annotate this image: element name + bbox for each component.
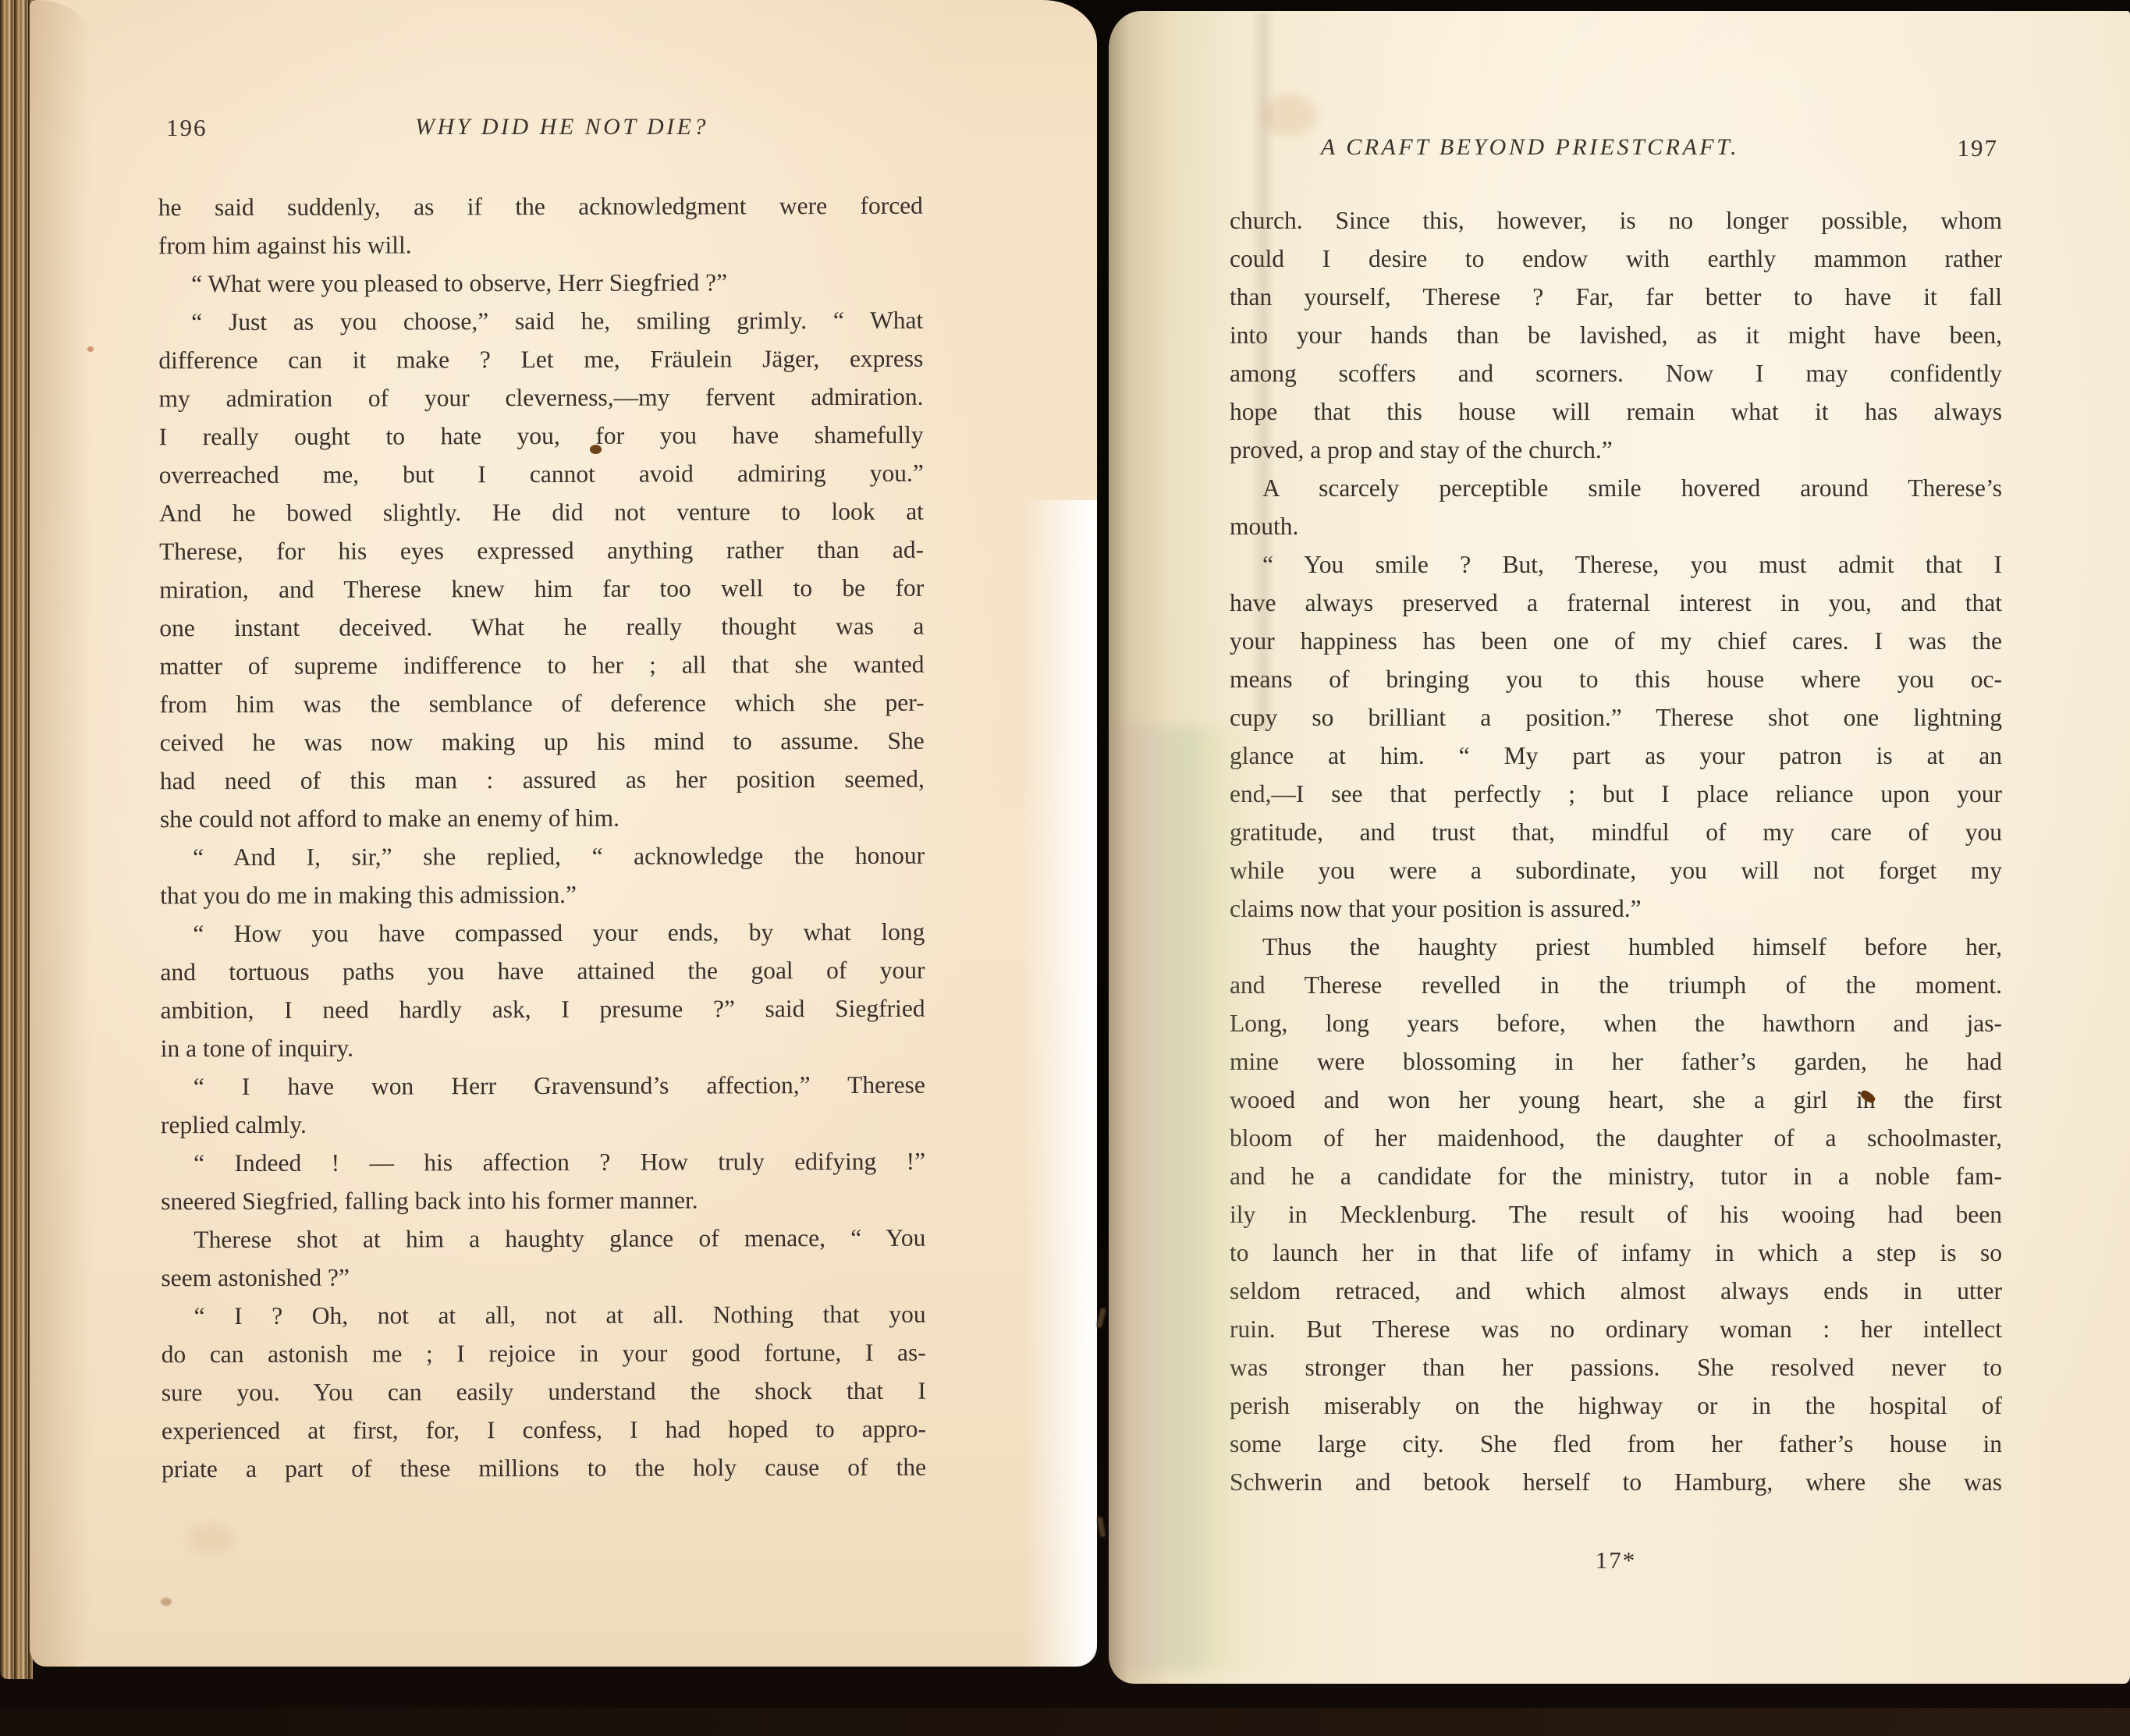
- text-line: some large city. She fled from her fathe…: [1230, 1425, 2002, 1463]
- text-line: proved, a prop and stay of the church.”: [1230, 431, 2002, 469]
- text-line: priate a part of these millions to the h…: [162, 1448, 926, 1489]
- text-line: sure you. You can easily understand the …: [162, 1372, 926, 1412]
- signature-mark: 17*: [1230, 1546, 2002, 1574]
- text-line: perish miserably on the highway or in th…: [1230, 1386, 2002, 1425]
- text-line: glance at him. “ My part as your patron …: [1230, 737, 2002, 775]
- text-line: Therese shot at him a haughty glance of …: [161, 1219, 925, 1259]
- text-line: “ I have won Herr Gravensund’s affection…: [161, 1066, 925, 1106]
- right-running-head: A CRAFT BEYOND PRIESTCRAFT. 197: [1230, 134, 1998, 169]
- text-line: I really ought to hate you, for you have…: [159, 416, 924, 456]
- text-line: and he a candidate for the ministry, tut…: [1230, 1157, 2002, 1195]
- left-page-body: he said suddenly, as if the acknowledgme…: [158, 186, 926, 1489]
- text-line: my admiration of your cleverness,—my fer…: [158, 378, 923, 418]
- right-header-title: A CRAFT BEYOND PRIESTCRAFT.: [1230, 134, 1830, 161]
- text-line: ambition, I need hardly ask, I presume ?…: [161, 989, 925, 1030]
- text-line: “ You smile ? But, Therese, you must adm…: [1230, 545, 2002, 584]
- text-line: hope that this house will remain what it…: [1230, 392, 2002, 431]
- binding-thread: [1097, 1517, 1106, 1538]
- text-line: And he bowed slightly. He did not ventur…: [159, 492, 924, 533]
- text-line: experienced at first, for, I confess, I …: [162, 1410, 926, 1450]
- text-line: “ I ? Oh, not at all, not at all. Nothin…: [162, 1295, 926, 1336]
- text-line: from him against his will.: [158, 225, 923, 265]
- text-line: Thus the haughty priest humbled himself …: [1230, 928, 2002, 966]
- right-page-number: 197: [1958, 134, 1999, 162]
- text-line: mouth.: [1230, 507, 2002, 545]
- text-line: gratitude, and trust that, mindful of my…: [1230, 813, 2002, 851]
- text-line: one instant deceived. What he really tho…: [159, 607, 924, 648]
- text-line: than yourself, Therese ? Far, far better…: [1230, 278, 2002, 316]
- text-line: “ Indeed ! — his affection ? How truly e…: [161, 1142, 925, 1183]
- text-line: was stronger than her passions. She reso…: [1230, 1348, 2002, 1386]
- text-line: “ How you have compassed your ends, by w…: [160, 913, 925, 953]
- page-fore-edges: [0, 0, 33, 1679]
- right-page: A CRAFT BEYOND PRIESTCRAFT. 197 church. …: [1109, 11, 2130, 1684]
- text-line: mine were blossoming in her father’s gar…: [1230, 1042, 2002, 1081]
- text-line: ruin. But Therese was no ordinary woman …: [1230, 1310, 2002, 1348]
- left-header-title: WHY DID HE NOT DIE?: [160, 114, 964, 140]
- text-line: your happiness has been one of my chief …: [1230, 622, 2002, 660]
- text-line: seem astonished ?”: [161, 1257, 925, 1298]
- text-line: matter of supreme indifference to her ; …: [159, 645, 924, 686]
- text-line: Schwerin and betook herself to Hamburg, …: [1230, 1463, 2002, 1501]
- scan-background-strip: [0, 1708, 2130, 1736]
- text-line: in a tone of inquiry.: [161, 1028, 925, 1068]
- text-line: “ What were you pleased to observe, Herr…: [158, 263, 923, 304]
- right-page-body: church. Since this, however, is no longe…: [1230, 201, 2002, 1501]
- text-line: to launch her in that life of infamy in …: [1230, 1234, 2002, 1272]
- text-line: from him was the semblance of deference …: [159, 683, 924, 724]
- text-line: bloom of her maidenhood, the daughter of…: [1230, 1119, 2002, 1157]
- text-line: “ And I, sir,” she replied, “ acknowledg…: [160, 836, 925, 877]
- text-line: replied calmly.: [161, 1104, 925, 1145]
- text-line: seldom retraced, and which almost always…: [1230, 1272, 2002, 1310]
- text-line: sneered Siegfried, falling back into his…: [161, 1180, 925, 1221]
- text-line: overreached me, but I cannot avoid admir…: [159, 454, 924, 495]
- text-line: Long, long years before, when the hawtho…: [1230, 1004, 2002, 1042]
- text-line: means of bringing you to this house wher…: [1230, 660, 2002, 698]
- text-line: wooed and won her young heart, she a gir…: [1230, 1081, 2002, 1119]
- text-line: Therese, for his eyes expressed anything…: [159, 531, 924, 571]
- text-line: among scoffers and scorners. Now I may c…: [1230, 354, 2002, 392]
- text-line: that you do me in making this admission.…: [160, 875, 925, 915]
- text-line: while you were a subordinate, you will n…: [1230, 851, 2002, 889]
- text-line: claims now that your position is assured…: [1230, 889, 2002, 928]
- text-line: do can astonish me ; I rejoice in your g…: [162, 1333, 926, 1374]
- text-line: A scarcely perceptible smile hovered aro…: [1230, 469, 2002, 507]
- text-line: ceived he was now making up his mind to …: [160, 722, 925, 762]
- text-line: have always preserved a fraternal intere…: [1230, 584, 2002, 622]
- left-page: 196 WHY DID HE NOT DIE? he said suddenly…: [30, 0, 1097, 1667]
- text-line: cupy so brilliant a position.” Therese s…: [1230, 698, 2002, 737]
- text-line: could I desire to endow with earthly mam…: [1230, 240, 2002, 278]
- binding-thread: [1096, 1308, 1106, 1329]
- text-line: and Therese revelled in the triumph of t…: [1230, 966, 2002, 1004]
- text-line: had need of this man : assured as her po…: [160, 760, 925, 801]
- text-line: she could not afford to make an enemy of…: [160, 798, 925, 839]
- text-line: ily in Mecklenburg. The result of his wo…: [1230, 1195, 2002, 1234]
- text-line: end,—I see that perfectly ; but I place …: [1230, 775, 2002, 813]
- text-line: into your hands than be lavished, as it …: [1230, 316, 2002, 354]
- book-spread: 196 WHY DID HE NOT DIE? he said suddenly…: [0, 0, 2130, 1736]
- left-running-head: 196 WHY DID HE NOT DIE?: [160, 114, 925, 148]
- text-line: miration, and Therese knew him far too w…: [159, 569, 924, 609]
- text-line: difference can it make ? Let me, Fräulei…: [158, 339, 923, 380]
- text-line: “ Just as you choose,” said he, smiling …: [158, 301, 923, 342]
- text-line: church. Since this, however, is no longe…: [1230, 201, 2002, 240]
- text-line: and tortuous paths you have attained the…: [160, 951, 925, 992]
- text-line: he said suddenly, as if the acknowledgme…: [158, 186, 923, 227]
